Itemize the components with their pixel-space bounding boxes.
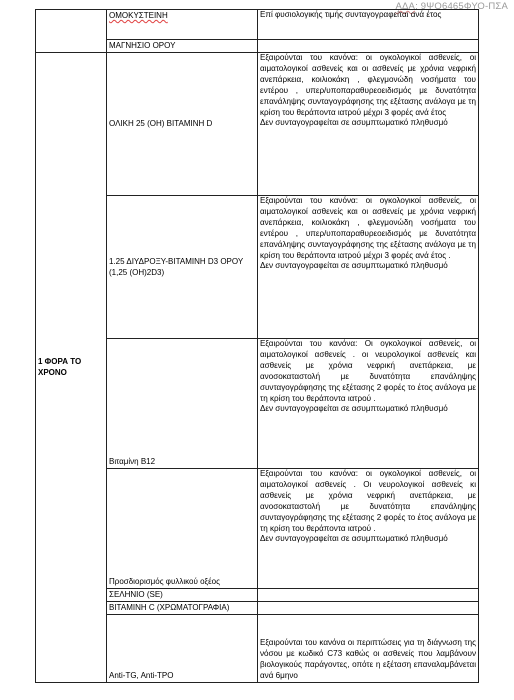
test-name-cell: ΣΕΛΗΝΙΟ (SE) [107, 589, 258, 602]
note-cell: Εξαιρούνται του κανόνα: Οι ογκολογικοί α… [258, 339, 479, 469]
frequency-cell: 1 ΦΟΡΑ ΤΟ ΧΡΟΝΟ [36, 53, 107, 683]
note-paragraph: Δεν συνταγογραφείται σε ασυμπτωματικό πλ… [260, 261, 476, 272]
note-cell: Εξαιρούνται του κανόνα οι περιπτώσεις γι… [258, 615, 479, 683]
note-text: Εξαιρούνται του κανόνα οι περιπτώσεις γι… [260, 638, 476, 680]
test-name: ΣΕΛΗΝΙΟ (SE) [109, 590, 163, 599]
test-name-cell: 1.25 ΔΙΥΔΡΟΞΥ-ΒΙΤΑΜΙΝΗ D3 ΟΡΟΥ (1,25 (ΟΗ… [107, 196, 258, 339]
frequency-cell-empty [36, 10, 107, 53]
test-name-cell: Προσδιορισμός φυλλικού οξέος [107, 469, 258, 589]
exam-frequency-table: ΟΜΟΚΥΣΤΕΙΝΗ Επί φυσιολογικής τιμής συντα… [35, 9, 479, 683]
note-paragraph: Εξαιρούνται του κανόνα: Οι ογκολογικοί α… [260, 339, 476, 404]
test-name: ΟΜΟΚΥΣΤΕΙΝΗ [109, 11, 168, 20]
test-name: ΒΙΤΑΜΙΝΗ C (ΧΡΩΜΑΤΟΓΡΑΦΙΑ) [109, 603, 229, 612]
note-cell: Εξαιρούνται του κανόνα: οι ογκολογικοί α… [258, 469, 479, 589]
test-name-cell: ΟΜΟΚΥΣΤΕΙΝΗ [107, 10, 258, 40]
note-cell: Επί φυσιολογικής τιμής συνταγογραφείται … [258, 10, 479, 40]
table-row: ΟΜΟΚΥΣΤΕΙΝΗ Επί φυσιολογικής τιμής συντα… [36, 10, 479, 40]
test-name: 1.25 ΔΙΥΔΡΟΞΥ-ΒΙΤΑΜΙΝΗ D3 ΟΡΟΥ (1,25 (ΟΗ… [109, 257, 243, 277]
test-name-cell: Anti-TG, Anti-TPO [107, 615, 258, 683]
note-text: Επί φυσιολογικής τιμής συνταγογραφείται … [260, 10, 441, 19]
note-cell: Εξαιρούνται του κανόνα: οι ογκολογικοί α… [258, 53, 479, 196]
test-name: ΜΑΓΝΗΣΙΟ ΟΡΟΥ [109, 41, 175, 50]
note-paragraph: Εξαιρούνται του κανόνα: οι ογκολογικοί α… [260, 53, 476, 118]
test-name: Anti-TG, Anti-TPO [109, 671, 173, 680]
note-paragraph: Εξαιρούνται του κανόνα: οι ογκολογικοί α… [260, 196, 476, 261]
test-name-cell: ΜΑΓΝΗΣΙΟ ΟΡΟΥ [107, 40, 258, 53]
test-name: ΟΛΙΚΗ 25 (ΟΗ) ΒΙΤΑΜΙΝΗ D [109, 119, 212, 128]
note-cell: Εξαιρούνται του κανόνα: οι ογκολογικοί α… [258, 196, 479, 339]
test-name-cell: ΟΛΙΚΗ 25 (ΟΗ) ΒΙΤΑΜΙΝΗ D [107, 53, 258, 196]
note-paragraph: Δεν συνταγογραφείται σε ασυμπτωματικό πλ… [260, 118, 476, 129]
note-paragraph: Δεν συνταγογραφείται σε ασυμπτωματικό πλ… [260, 404, 476, 415]
test-name-cell: Βιταμίνη Β12 [107, 339, 258, 469]
test-name: Βιταμίνη Β12 [109, 457, 155, 466]
note-cell [258, 602, 479, 615]
table-row: 1 ΦΟΡΑ ΤΟ ΧΡΟΝΟ ΟΛΙΚΗ 25 (ΟΗ) ΒΙΤΑΜΙΝΗ D… [36, 53, 479, 196]
test-name: Προσδιορισμός φυλλικού οξέος [109, 577, 220, 586]
frequency-label: 1 ΦΟΡΑ ΤΟ ΧΡΟΝΟ [38, 357, 81, 377]
test-name-cell: ΒΙΤΑΜΙΝΗ C (ΧΡΩΜΑΤΟΓΡΑΦΙΑ) [107, 602, 258, 615]
note-cell [258, 589, 479, 602]
note-paragraph: Εξαιρούνται του κανόνα: οι ογκολογικοί α… [260, 469, 476, 534]
note-cell [258, 40, 479, 53]
note-paragraph: Δεν συνταγογραφείται σε ασυμπτωματικό πλ… [260, 534, 476, 545]
